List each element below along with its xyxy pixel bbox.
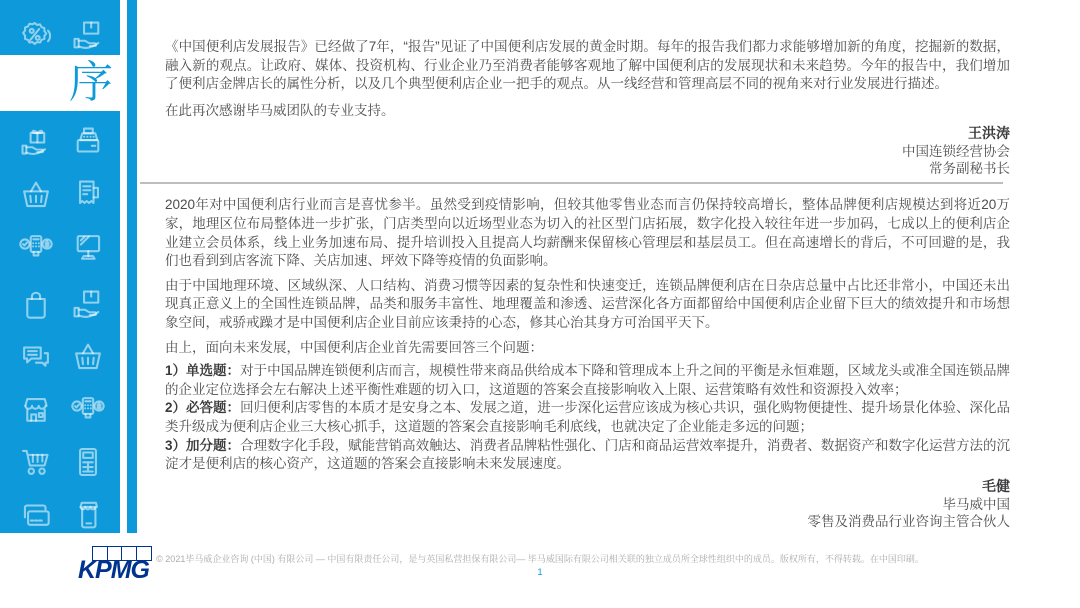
paragraph-market: 由于中国地理环境、区域纵深、人口结构、消费习惯等因素的复杂性和快速变迁，连锁品牌…	[165, 277, 1010, 333]
discount-badge-icon	[17, 17, 55, 55]
card-payment-icon	[69, 391, 107, 429]
preface-tab: 序	[0, 55, 120, 111]
chat-bubbles-icon	[17, 338, 55, 376]
cash-register-icon	[69, 123, 107, 161]
question-item-3: 3）加分题：合理数字化手段，赋能营销高效触达、消费者品牌粘性强化、门店和商品运营…	[165, 437, 1010, 474]
gift-on-hand-icon	[17, 123, 55, 161]
sidebar: 序	[0, 0, 120, 533]
paragraph-intro: 《中国便利店发展报告》已经做了7年，“报告”见证了中国便利店发展的黄金时期。每年…	[165, 38, 1010, 94]
storefront-icon	[17, 391, 55, 429]
signer-title: 零售及消费品行业咨询主管合伙人	[165, 513, 1010, 530]
credit-cards-icon	[17, 496, 55, 534]
pos-monitor-icon	[69, 229, 107, 267]
question-label: 1）单选题：	[165, 363, 240, 378]
page-number: 1	[0, 567, 1080, 578]
accent-stripe	[127, 0, 137, 533]
mobile-storefront-icon	[69, 496, 107, 534]
parcel-on-hand-icon	[69, 17, 107, 55]
question-text: 合理数字化手段，赋能营销高效触达、消费者品牌粘性强化、门店和商品运营效率提升，消…	[165, 438, 1010, 472]
question-item-2: 2）必答题：回归便利店零售的本质才是安身之本、发展之道，进一步深化运营应该成为核…	[165, 399, 1010, 436]
preface-tab-label: 序	[69, 61, 113, 105]
question-item-1: 1）单选题：对于中国品牌连锁便利店而言，规模性带来商品供给成本下降和管理成本上升…	[165, 362, 1010, 399]
signer-org: 毕马威中国	[165, 496, 1010, 513]
copyright-text: © 2021毕马威企业咨询 (中国) 有限公司 — 中国有限责任公司，是与英国私…	[0, 552, 1080, 565]
paragraph-thanks: 在此再次感谢毕马威团队的专业支持。	[165, 102, 1010, 121]
question-text: 回归便利店零售的本质才是安身之本、发展之道，进一步深化运营应该成为核心共识，强化…	[165, 400, 1010, 434]
signer-title: 常务副秘书长	[165, 160, 1010, 177]
paragraph-2020: 2020年对中国便利店行业而言是喜忧参半。虽然受到疫情影响，但较其他零售业态而言…	[165, 196, 1010, 270]
signer-name: 王洪涛	[165, 124, 1010, 143]
paragraph-lead: 由上，面向未来发展，中国便利店企业首先需要回答三个问题：	[165, 339, 1010, 358]
signer-org: 中国连锁经营协会	[165, 143, 1010, 160]
signature-block-ccfa: 王洪涛 中国连锁经营协会 常务副秘书长	[165, 124, 1010, 177]
shopping-cart-icon	[17, 443, 55, 481]
section-divider	[140, 182, 1003, 184]
signature-block-kpmg: 毛健 毕马威中国 零售及消费品行业咨询主管合伙人	[165, 477, 1010, 530]
preface-content: 《中国便利店发展报告》已经做了7年，“报告”见证了中国便利店发展的黄金时期。每年…	[165, 0, 1010, 530]
question-label: 3）加分题：	[165, 438, 240, 453]
calculator-icon	[69, 443, 107, 481]
signer-name: 毛健	[165, 477, 1010, 496]
receipt-icon	[69, 176, 107, 214]
shopping-basket-icon	[69, 338, 107, 376]
shopping-basket-icon	[17, 176, 55, 214]
card-payment-icon	[17, 229, 55, 267]
question-label: 2）必答题：	[165, 400, 240, 415]
parcel-on-hand-icon	[69, 286, 107, 324]
shopping-bag-icon	[17, 286, 55, 324]
question-text: 对于中国品牌连锁便利店而言，规模性带来商品供给成本下降和管理成本上升之间的平衡是…	[165, 363, 1010, 397]
